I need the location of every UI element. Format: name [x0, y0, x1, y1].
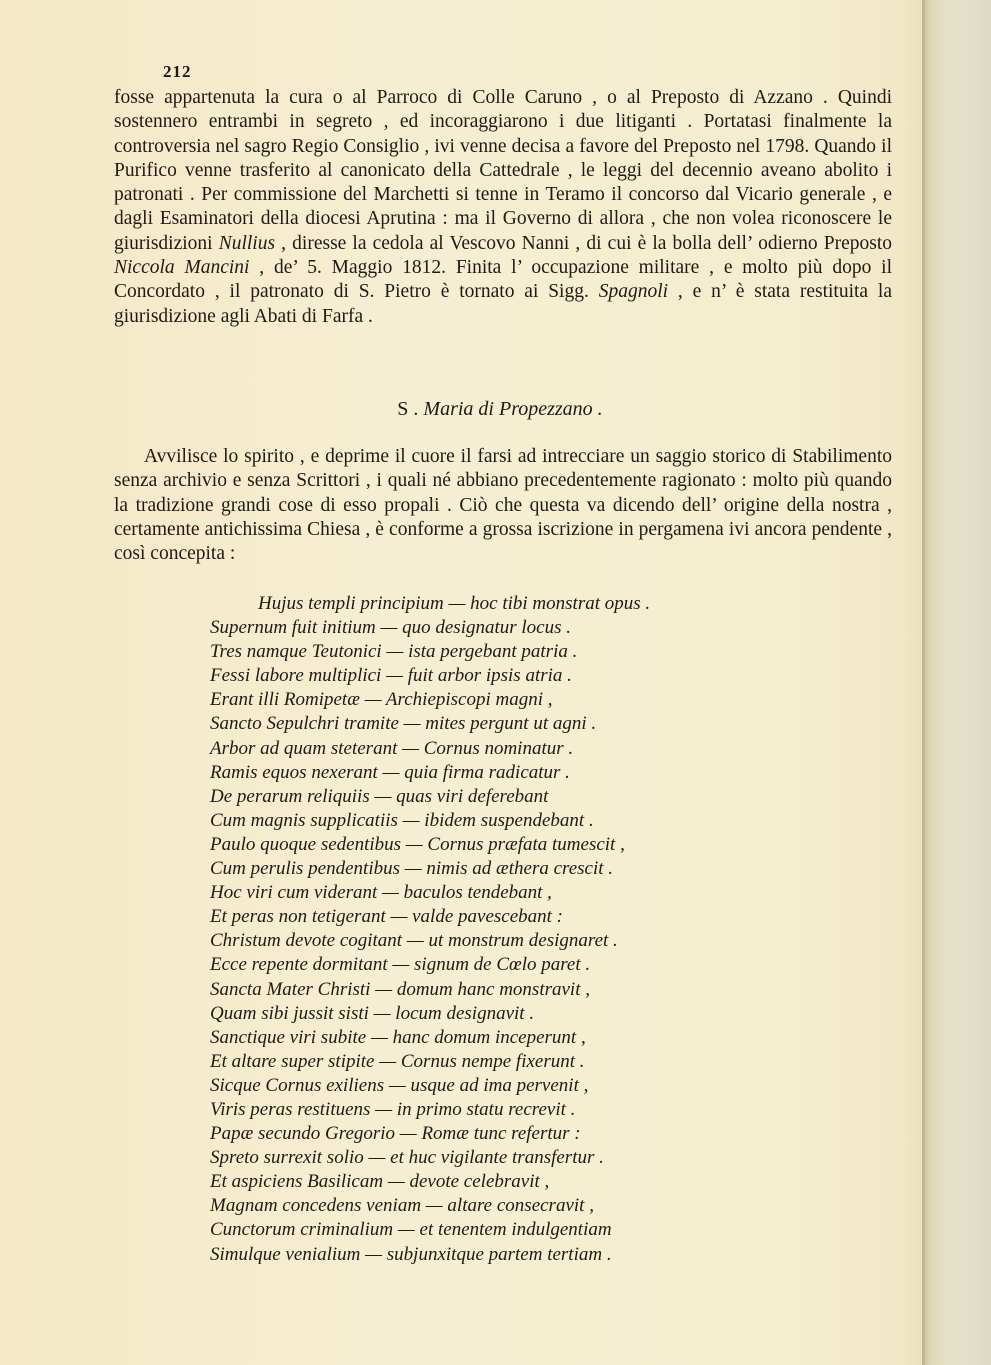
verse-line: Tres namque Teutonici — ista pergebant p…: [210, 640, 830, 664]
verse-line: Sancto Sepulchri tramite — mites pergunt…: [210, 712, 830, 736]
verse-line: Ecce repente dormitant — signum de Cœlo …: [210, 953, 830, 977]
body-paragraph-2: Avvilisce lo spirito , e deprime il cuor…: [114, 445, 892, 566]
inscription-verse: Hujus templi principium — hoc tibi monst…: [210, 592, 830, 1267]
text-segment: , diresse la cedola al Vescovo Nanni , d…: [275, 233, 892, 254]
verse-line: Erant illi Romipetæ — Archiepiscopi magn…: [210, 688, 830, 712]
body-paragraph-1: fosse appartenuta la cura o al Parroco d…: [114, 86, 892, 329]
verse-line: De perarum reliquiis — quas viri defereb…: [210, 785, 830, 809]
section-heading-prefix: S .: [397, 398, 418, 420]
verse-line: Sancta Mater Christi — domum hanc monstr…: [210, 978, 830, 1002]
verse-line: Quam sibi jussit sisti — locum designavi…: [210, 1002, 830, 1026]
verse-line: Cum perulis pendentibus — nimis ad æther…: [210, 857, 830, 881]
verse-line: Simulque venialium — subjunxitque partem…: [210, 1243, 830, 1267]
page-fold-margin: [922, 0, 991, 1365]
verse-line: Hujus templi principium — hoc tibi monst…: [210, 592, 830, 616]
verse-line: Cunctorum criminalium — et tenentem indu…: [210, 1218, 830, 1242]
verse-line: Sicque Cornus exiliens — usque ad ima pe…: [210, 1074, 830, 1098]
verse-line: Christum devote cogitant — ut monstrum d…: [210, 929, 830, 953]
verse-line: Viris peras restituens — in primo statu …: [210, 1098, 830, 1122]
verse-line: Ramis equos nexerant — quia firma radica…: [210, 761, 830, 785]
verse-line: Sanctique viri subite — hanc domum incep…: [210, 1026, 830, 1050]
verse-line: Supernum fuit initium — quo designatur l…: [210, 616, 830, 640]
italic-term-nullius: Nullius: [219, 233, 275, 254]
verse-line: Hoc viri cum viderant — baculos tendeban…: [210, 881, 830, 905]
italic-name-spagnoli: Spagnoli: [599, 281, 668, 302]
verse-line: Fessi labore multiplici — fuit arbor ips…: [210, 664, 830, 688]
verse-line: Paulo quoque sedentibus — Cornus præfata…: [210, 833, 830, 857]
verse-line: Et aspiciens Basilicam — devote celebrav…: [210, 1170, 830, 1194]
paragraph-2-text: Avvilisce lo spirito , e deprime il cuor…: [114, 445, 892, 566]
text-segment: fosse appartenuta la cura o al Parroco d…: [114, 87, 892, 254]
verse-line: Cum magnis supplicatiis — ibidem suspend…: [210, 809, 830, 833]
verse-line: Papæ secundo Gregorio — Romæ tunc refert…: [210, 1122, 830, 1146]
page-number: 212: [163, 62, 192, 82]
page-edge-shadow: [922, 0, 925, 1365]
verse-line: Et altare super stipite — Cornus nempe f…: [210, 1050, 830, 1074]
verse-line: Et peras non tetigerant — valde pavesceb…: [210, 905, 830, 929]
verse-line: Arbor ad quam steterant — Cornus nominat…: [210, 737, 830, 761]
italic-name-niccola-mancini: Niccola Mancini: [114, 257, 249, 278]
verse-line: Magnam concedens veniam — altare consecr…: [210, 1194, 830, 1218]
verse-line: Spreto surrexit solio — et huc vigilante…: [210, 1146, 830, 1170]
paragraph-1-text: fosse appartenuta la cura o al Parroco d…: [114, 86, 892, 329]
section-heading-title: Maria di Propezzano .: [423, 398, 602, 420]
section-heading: S . Maria di Propezzano .: [0, 398, 991, 421]
